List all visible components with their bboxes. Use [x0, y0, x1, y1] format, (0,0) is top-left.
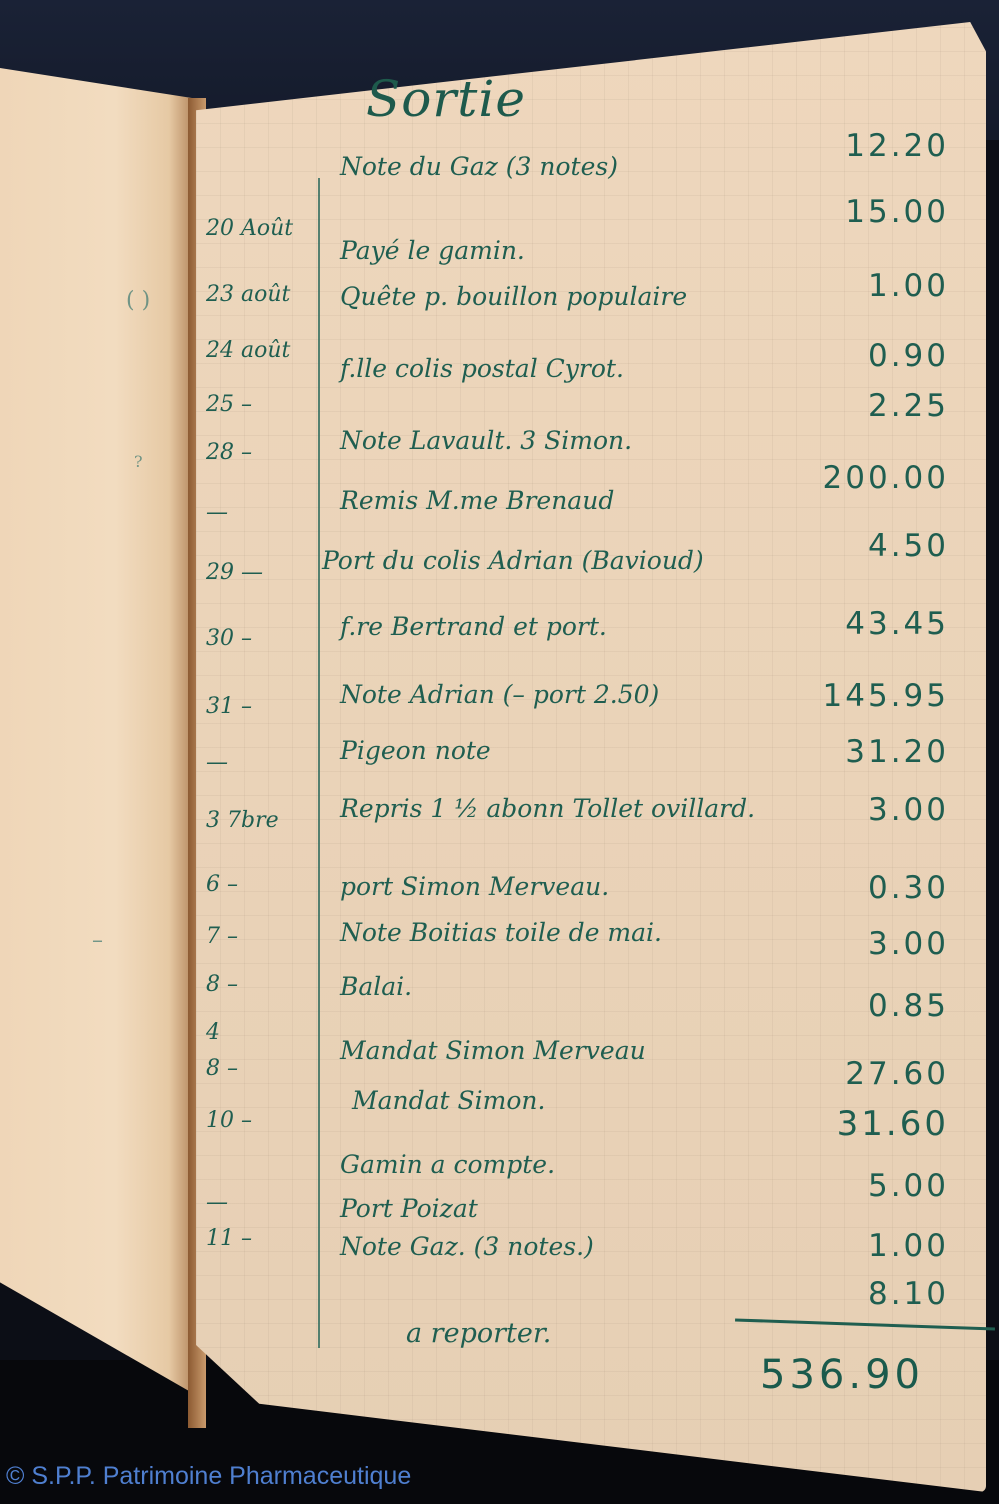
- carry-forward-label: a reporter.: [406, 1318, 551, 1349]
- entry-description: Gamin a compte.: [340, 1150, 555, 1179]
- entry-description: Port Poizat: [340, 1194, 478, 1223]
- entry-amount: 0.30: [868, 870, 949, 906]
- entry-description: Mandat Simon Merveau: [340, 1036, 646, 1065]
- ledger-row: 23 aoûtQuête p. bouillon populaire1.00: [0, 282, 999, 322]
- ledger-row: —Pigeon note31.20: [0, 750, 999, 790]
- entry-amount: 15.00: [845, 194, 949, 230]
- entry-description: Remis M.me Brenaud: [340, 486, 614, 515]
- entry-date: 3 7bre: [206, 808, 279, 833]
- entry-amount: 8.10: [868, 1276, 949, 1312]
- entry-description: Payé le gamin.: [340, 236, 525, 265]
- entry-description: Port du colis Adrian (Bavioud): [322, 546, 704, 575]
- ledger-row: 29 —Port du colis Adrian (Bavioud)4.50: [0, 560, 999, 600]
- entry-date: 31 –: [206, 694, 252, 719]
- entry-description: Pigeon note: [340, 736, 491, 765]
- entry-date: 29 —: [206, 560, 263, 585]
- entry-amount: 1.00: [868, 268, 949, 304]
- ledger-row: 24 aoûtf.lle colis postal Cyrot.0.90: [0, 338, 999, 378]
- entry-date: 7 –: [206, 924, 238, 949]
- entry-date: 4: [206, 1020, 220, 1045]
- entry-amount: 200.00: [823, 460, 949, 496]
- entry-amount: 1.00: [868, 1228, 949, 1264]
- entry-date: 10 –: [206, 1108, 252, 1133]
- entry-date: 8 –: [206, 972, 238, 997]
- entry-amount: 27.60: [845, 1056, 949, 1092]
- ledger-row: 30 –f.re Bertrand et port.43.45: [0, 626, 999, 666]
- entry-description: Note Adrian (– port 2.50): [340, 680, 659, 709]
- entry-amount: 0.90: [868, 338, 949, 374]
- ledger-row: 10 –Mandat Simon.31.60: [0, 1108, 999, 1148]
- entry-amount: 43.45: [845, 606, 949, 642]
- ledger-row: 7 –Note Boitias toile de mai.3.00: [0, 924, 999, 964]
- entry-date: 30 –: [206, 626, 252, 651]
- entry-amount: 31.60: [837, 1104, 949, 1144]
- ledger-row: —Remis M.me Brenaud200.00: [0, 500, 999, 540]
- ledger-row: 20 AoûtPayé le gamin.15.00: [0, 222, 999, 262]
- entry-description: f.re Bertrand et port.: [340, 612, 607, 641]
- ledger-row: 8 –Balai.0.85: [0, 972, 999, 1012]
- entry-date: 25 –: [206, 392, 252, 417]
- entry-description: port Simon Merveau.: [340, 872, 609, 901]
- entry-amount: 145.95: [823, 678, 949, 714]
- entry-date: —: [206, 1190, 228, 1215]
- entry-amount: 12.20: [845, 128, 949, 164]
- entry-description: f.lle colis postal Cyrot.: [340, 354, 624, 383]
- copyright-watermark: © S.P.P. Patrimoine Pharmaceutique: [6, 1462, 411, 1491]
- entry-date: 8 –: [206, 1056, 238, 1081]
- ledger-title: Sortie: [366, 70, 526, 128]
- entry-date: 6 –: [206, 872, 238, 897]
- ledger-row: 8.10: [0, 1276, 999, 1316]
- entry-date: 28 –: [206, 440, 252, 465]
- entry-amount: 31.20: [845, 734, 949, 770]
- entry-description: Note Boitias toile de mai.: [340, 918, 662, 947]
- ledger-row: Note du Gaz (3 notes)12.20: [0, 152, 999, 192]
- ledger-row: 6 –port Simon Merveau.0.30: [0, 872, 999, 912]
- entry-description: Note du Gaz (3 notes): [340, 152, 618, 181]
- entry-date: 24 août: [206, 338, 290, 363]
- entry-date: —: [206, 500, 228, 525]
- entry-amount: 3.00: [868, 792, 949, 828]
- ledger-row: 31 –Note Adrian (– port 2.50)145.95: [0, 694, 999, 734]
- entry-description: Repris 1 ½ abonn Tollet ovillard.: [340, 794, 755, 823]
- entry-amount: 2.25: [868, 388, 949, 424]
- entry-date: —: [206, 750, 228, 775]
- entry-description: Mandat Simon.: [352, 1086, 545, 1115]
- entry-amount: 4.50: [868, 528, 949, 564]
- entry-amount: 0.85: [868, 988, 949, 1024]
- entry-description: Balai.: [340, 972, 412, 1001]
- entry-description: Note Lavault. 3 Simon.: [340, 426, 632, 455]
- ledger-total: 536.90: [760, 1352, 924, 1398]
- ledger-row: —Port Poizat: [0, 1190, 999, 1230]
- ledger-row: 11 –Note Gaz. (3 notes.)1.00: [0, 1226, 999, 1266]
- ledger-row: 3 7breRepris 1 ½ abonn Tollet ovillard.3…: [0, 808, 999, 848]
- entry-amount: 3.00: [868, 926, 949, 962]
- entry-description: Note Gaz. (3 notes.): [340, 1232, 594, 1261]
- entry-date: 23 août: [206, 282, 290, 307]
- entry-date: 20 Août: [206, 216, 293, 241]
- entry-date: 11 –: [206, 1226, 252, 1251]
- entry-description: Quête p. bouillon populaire: [340, 282, 687, 311]
